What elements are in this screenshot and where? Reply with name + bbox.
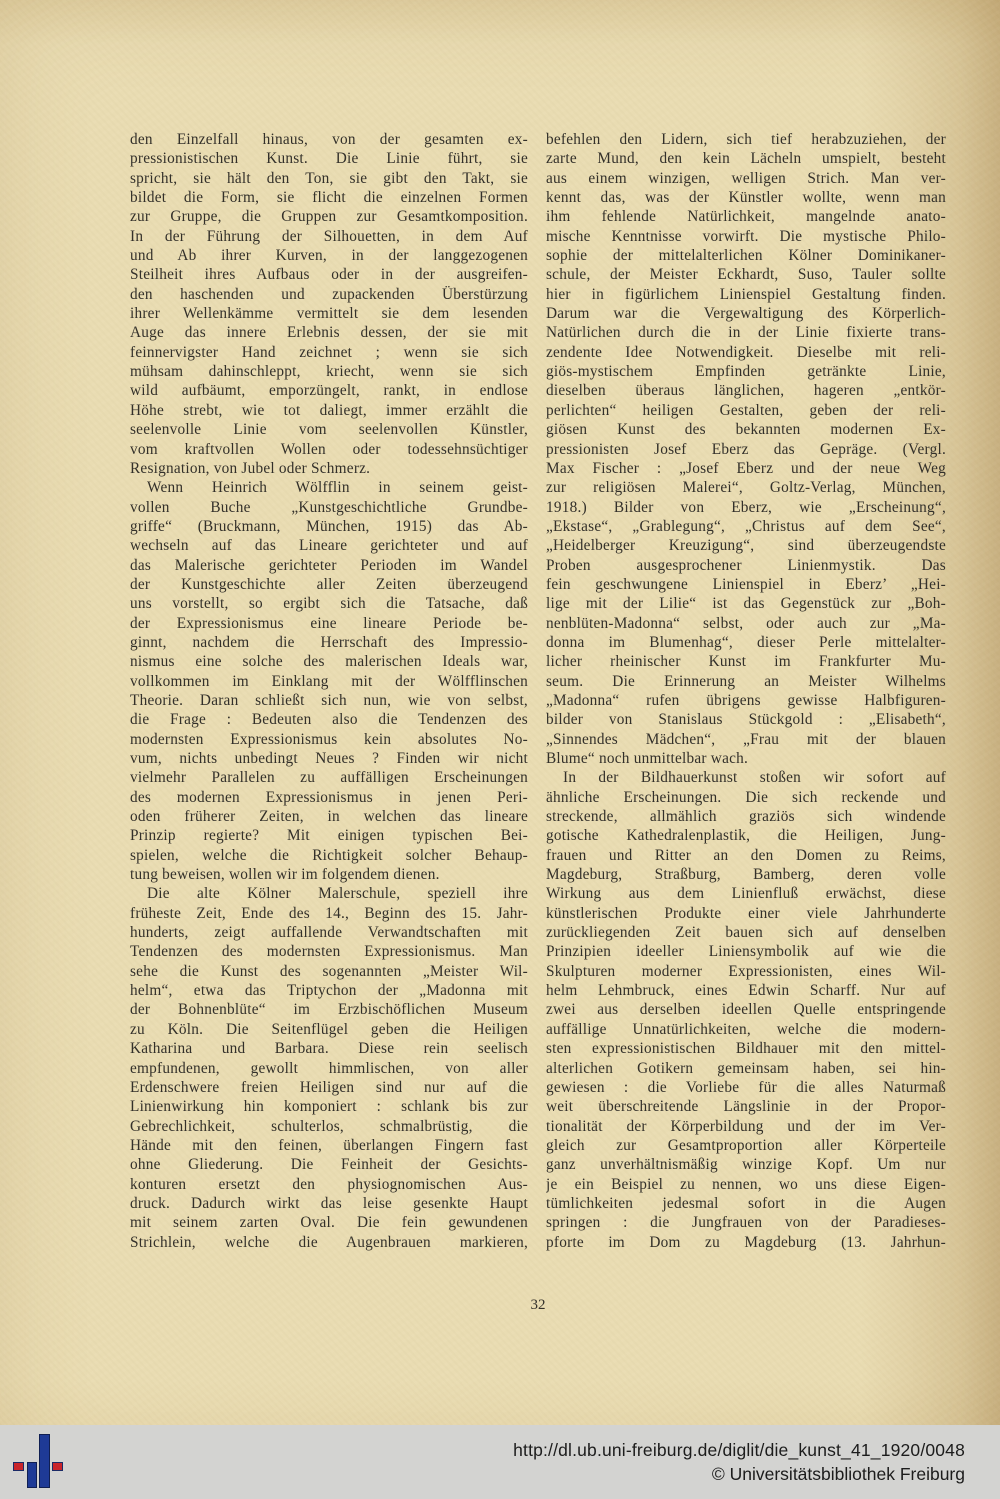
- text-line: zurückliegenden Zeit bauen sich auf dens…: [546, 923, 946, 942]
- text-line: zendente Idee Notwendigkeit. Dieselbe mi…: [546, 343, 946, 362]
- text-line: seelenvolle Linie vom seelenvollen Künst…: [130, 420, 528, 439]
- text-line: Die alte Kölner Malerschule, speziell ih…: [130, 884, 528, 903]
- text-line: tionalität der Körperbildung und der im …: [546, 1117, 946, 1136]
- text-line: seum. Die Erinnerung an Meister Wilhelms: [546, 672, 946, 691]
- text-line: „Madonna“ rufen übrigens gewisse Halbfig…: [546, 691, 946, 710]
- text-line: die Frage : Bedeuten also die Tendenzen …: [130, 710, 528, 729]
- logo-red-block-left: [13, 1462, 24, 1471]
- text-line: Resignation, von Jubel oder Schmerz.: [130, 459, 528, 478]
- text-line: mühsam dahinschleppt, kriecht, wenn sie …: [130, 362, 528, 381]
- text-line: wechseln auf das Lineare gerichteter und…: [130, 536, 528, 555]
- text-line: ganz unverhältnismäßig winzige Kopf. Um …: [546, 1155, 946, 1174]
- text-line: Auge das innere Erlebnis dessen, der sie…: [130, 323, 528, 342]
- text-line: gotische Kathedralenplastik, die Heilige…: [546, 826, 946, 845]
- text-line: zur Gruppe, die Gruppen zur Gesamtkompos…: [130, 207, 528, 226]
- text-line: vom kraftvollen Wollen oder todessehnsüc…: [130, 440, 528, 459]
- text-line: Wenn Heinrich Wölfflin in seinem geist-: [130, 478, 528, 497]
- logo-blue-bar-short: [27, 1462, 37, 1488]
- text-line: gewiesen : die Vorliebe für die alles Na…: [546, 1078, 946, 1097]
- text-line: vollen Buche „Kunstgeschichtliche Grundb…: [130, 498, 528, 517]
- text-line: zwei aus derselben ideellen Quelle entsp…: [546, 1000, 946, 1019]
- text-line: spielen, welche die Richtigkeit solcher …: [130, 846, 528, 865]
- text-line: druck. Dadurch wirkt das leise gesenkte …: [130, 1194, 528, 1213]
- text-line: Proben ausgesprochener Linienmystik. Das: [546, 556, 946, 575]
- text-line: bilder von Stanislaus Stückgold : „Elisa…: [546, 710, 946, 729]
- text-line: Hände mit den feinen, überlangen Fingern…: [130, 1136, 528, 1155]
- text-line: springen : die Jungfrauen von der Paradi…: [546, 1213, 946, 1232]
- text-line: fein geschwungene Linienspiel in Eberz’ …: [546, 575, 946, 594]
- text-line: helm“, etwa das Triptychon der „Madonna …: [130, 981, 528, 1000]
- text-line: befehlen den Lidern, sich tief herabzuzi…: [546, 130, 946, 149]
- text-line: schule, der Meister Eckhardt, Suso, Taul…: [546, 265, 946, 284]
- text-line: tümlichkeiten jedesmal sofort in die Aug…: [546, 1194, 946, 1213]
- text-line: Wirkung aus dem Linienfluß erwächst, die…: [546, 884, 946, 903]
- text-line: und Ab ihrer Kurven, in der langgezogene…: [130, 246, 528, 265]
- text-line: ohne Gliederung. Die Feinheit der Gesich…: [130, 1155, 528, 1174]
- text-column-left: den Einzelfall hinaus, von der gesamten …: [130, 130, 528, 1252]
- text-line: der Kunstgeschichte aller Zeiten überzeu…: [130, 575, 528, 594]
- text-line: alterlichen Gotikern gemeinsam haben, se…: [546, 1059, 946, 1078]
- text-line: streckende, allmählich graziös sich wind…: [546, 807, 946, 826]
- text-line: das Malerische gerichteter Perioden im W…: [130, 556, 528, 575]
- text-line: lige mit der Lilie“ ist das Gegenstück z…: [546, 594, 946, 613]
- text-line: In der Bildhauerkunst stoßen wir sofort …: [546, 768, 946, 787]
- text-line: hier in figürlichem Linienspiel Gestaltu…: [546, 285, 946, 304]
- scanned-book-page: den Einzelfall hinaus, von der gesamten …: [0, 0, 1000, 1499]
- text-line: des modernen Expressionismus in jenen Pe…: [130, 788, 528, 807]
- text-line: vum, nichts unbedingt Neues ? Finden wir…: [130, 749, 528, 768]
- text-line: pressionistischen Kunst. Die Linie führt…: [130, 149, 528, 168]
- text-line: pressionisten Josef Eberz das Gepräge. (…: [546, 440, 946, 459]
- text-line: aus einem winzigen, welligen Strich. Man…: [546, 169, 946, 188]
- text-line: giösen Kunst des bekannten modernen Ex-: [546, 420, 946, 439]
- text-line: perlichten“ heiligen Gestalten, geben de…: [546, 401, 946, 420]
- text-line: uns vorstellt, so ergibt sich die Tatsac…: [130, 594, 528, 613]
- copyright-notice: © Universitätsbibliothek Freiburg: [712, 1464, 965, 1485]
- text-line: sten expressionistischen Bildhauer mit d…: [546, 1039, 946, 1058]
- text-line: helm Lehmbruck, eines Edwin Scharff. Nur…: [546, 981, 946, 1000]
- text-line: ihrer Wellenkämme vermittelt sie dem les…: [130, 304, 528, 323]
- text-line: dieselben überaus länglichen, hageren „e…: [546, 381, 946, 400]
- text-line: Steilheit ihres Aufbaus oder in der ausg…: [130, 265, 528, 284]
- footer-text: http://dl.ub.uni-freiburg.de/diglit/die_…: [513, 1425, 965, 1499]
- page-number: 32: [130, 1297, 946, 1314]
- text-line: 1918.) Bilder von Eberz, wie „Erscheinun…: [546, 498, 946, 517]
- text-line: zarte Mund, den kein Lächeln umspielt, b…: [546, 149, 946, 168]
- text-line: pforte im Dom zu Magdeburg (13. Jahrhun-: [546, 1233, 946, 1252]
- logo-blue-bar-tall: [39, 1434, 50, 1488]
- text-line: Strichlein, welche die Augenbrauen marki…: [130, 1233, 528, 1252]
- text-line: Tendenzen des modernsten Expressionismus…: [130, 942, 528, 961]
- text-line: „Sinnendes Mädchen“, „Frau mit der blaue…: [546, 730, 946, 749]
- text-line: tung beweisen, wollen wir im folgendem d…: [130, 865, 528, 884]
- text-column-right: befehlen den Lidern, sich tief herabzuzi…: [546, 130, 946, 1252]
- text-line: Katharina und Barbara. Diese rein seelis…: [130, 1039, 528, 1058]
- text-line: mit seinem zarten Oval. Die fein gewunde…: [130, 1213, 528, 1232]
- text-line: Erdenschwere freien Heiligen sind nur au…: [130, 1078, 528, 1097]
- text-line: griffe“ (Bruckmann, München, 1915) das A…: [130, 517, 528, 536]
- text-line: zur religiösen Malerei“, Goltz-Verlag, M…: [546, 478, 946, 497]
- text-line: der Bohnenblüte“ im Erzbischöflichen Mus…: [130, 1000, 528, 1019]
- text-line: Prinzip regierte? Mit einigen typischen …: [130, 826, 528, 845]
- text-line: nenblüten-Madonna“ selbst, oder auch zur…: [546, 614, 946, 633]
- text-line: ihm fehlende Natürlichkeit, mangelnde an…: [546, 207, 946, 226]
- text-line: den haschenden und zupackenden Überstürz…: [130, 285, 528, 304]
- text-line: Theorie. Daran schließt sich nun, wie vo…: [130, 691, 528, 710]
- text-line: licher rheinischer Kunst im Frankfurter …: [546, 652, 946, 671]
- text-line: frauen und Ritter an den Domen zu Reims,: [546, 846, 946, 865]
- text-line: der Expressionismus eine lineare Periode…: [130, 614, 528, 633]
- text-line: oden früherer Zeiten, in welchen das lin…: [130, 807, 528, 826]
- text-line: sophie der mittelalterlichen Kölner Domi…: [546, 246, 946, 265]
- text-line: „Ekstase“, „Grablegung“, „Christus auf d…: [546, 517, 946, 536]
- text-line: Prinzipien ideeller Liniensymbolik auf w…: [546, 942, 946, 961]
- text-line: Höhe strebt, wie tot daliegt, immer erzä…: [130, 401, 528, 420]
- text-line: gleich zur Gesamtproportion aller Körper…: [546, 1136, 946, 1155]
- text-line: je ein Beispiel zu nennen, wo uns diese …: [546, 1175, 946, 1194]
- text-line: Linienwirkung hin komponiert : schlank b…: [130, 1097, 528, 1116]
- text-line: empfundenen, gewollt himmlischen, von al…: [130, 1059, 528, 1078]
- footer-bar: http://dl.ub.uni-freiburg.de/diglit/die_…: [0, 1425, 1000, 1499]
- text-line: Blume“ noch unmittelbar wach.: [546, 749, 946, 768]
- text-line: Gebrechlichkeit, schulterlos, schmalbrüs…: [130, 1117, 528, 1136]
- text-line: feinnervigster Hand zeichnet ; wenn sie …: [130, 343, 528, 362]
- text-line: ähnliche Erscheinungen. Die sich reckend…: [546, 788, 946, 807]
- ub-freiburg-logo: [12, 1433, 64, 1489]
- text-line: hunderts, zeigt auffallende Verwandtscha…: [130, 923, 528, 942]
- text-line: Magdeburg, Straßburg, Bamberg, deren vol…: [546, 865, 946, 884]
- text-line: wild aufbäumt, emporzüngelt, rankt, in e…: [130, 381, 528, 400]
- text-line: giös-mystischem Empfinden getränkte Lini…: [546, 362, 946, 381]
- text-line: weit überschreitende Längslinie in der P…: [546, 1097, 946, 1116]
- text-line: zu Köln. Die Seitenflügel geben die Heil…: [130, 1020, 528, 1039]
- text-line: modernsten Expressionismus kein absolute…: [130, 730, 528, 749]
- source-url: http://dl.ub.uni-freiburg.de/diglit/die_…: [513, 1440, 965, 1461]
- text-line: früheste Zeit, Ende des 14., Beginn des …: [130, 904, 528, 923]
- text-line: In der Führung der Silhouetten, in dem A…: [130, 227, 528, 246]
- text-line: auffällige Unnatürlichkeiten, welche die…: [546, 1020, 946, 1039]
- text-line: nismus eine solche des malerischen Ideal…: [130, 652, 528, 671]
- text-line: vollkommen im Einklang mit der Wölfflins…: [130, 672, 528, 691]
- text-line: konturen ersetzt den physiognomischen Au…: [130, 1175, 528, 1194]
- text-line: „Heidelberger Kreuzigung“, sind überzeug…: [546, 536, 946, 555]
- text-line: Skulpturen moderner Expressionisten, ein…: [546, 962, 946, 981]
- logo-red-block-right: [52, 1462, 63, 1471]
- text-line: donna im Blumenhag“, dieser Perle mittel…: [546, 633, 946, 652]
- text-line: spricht, sie hält den Ton, sie gibt den …: [130, 169, 528, 188]
- text-line: Natürlichen durch die in der Linie fixie…: [546, 323, 946, 342]
- text-line: bildet die Form, sie flicht die einzelne…: [130, 188, 528, 207]
- text-line: vielmehr Parallelen zu auffälligen Ersch…: [130, 768, 528, 787]
- text-line: mische Kenntnisse vorwirft. Die mystisch…: [546, 227, 946, 246]
- text-line: sehe die Kunst des sogenannten „Meister …: [130, 962, 528, 981]
- text-line: künstlerischen Produkte einer viele Jahr…: [546, 904, 946, 923]
- text-line: Max Fischer : „Josef Eberz und der neue …: [546, 459, 946, 478]
- text-line: kennt das, was der Künstler wollte, wenn…: [546, 188, 946, 207]
- text-line: den Einzelfall hinaus, von der gesamten …: [130, 130, 528, 149]
- text-line: ginnt, nachdem die Herrschaft des Impres…: [130, 633, 528, 652]
- text-line: Darum war die Vergewaltigung des Körperl…: [546, 304, 946, 323]
